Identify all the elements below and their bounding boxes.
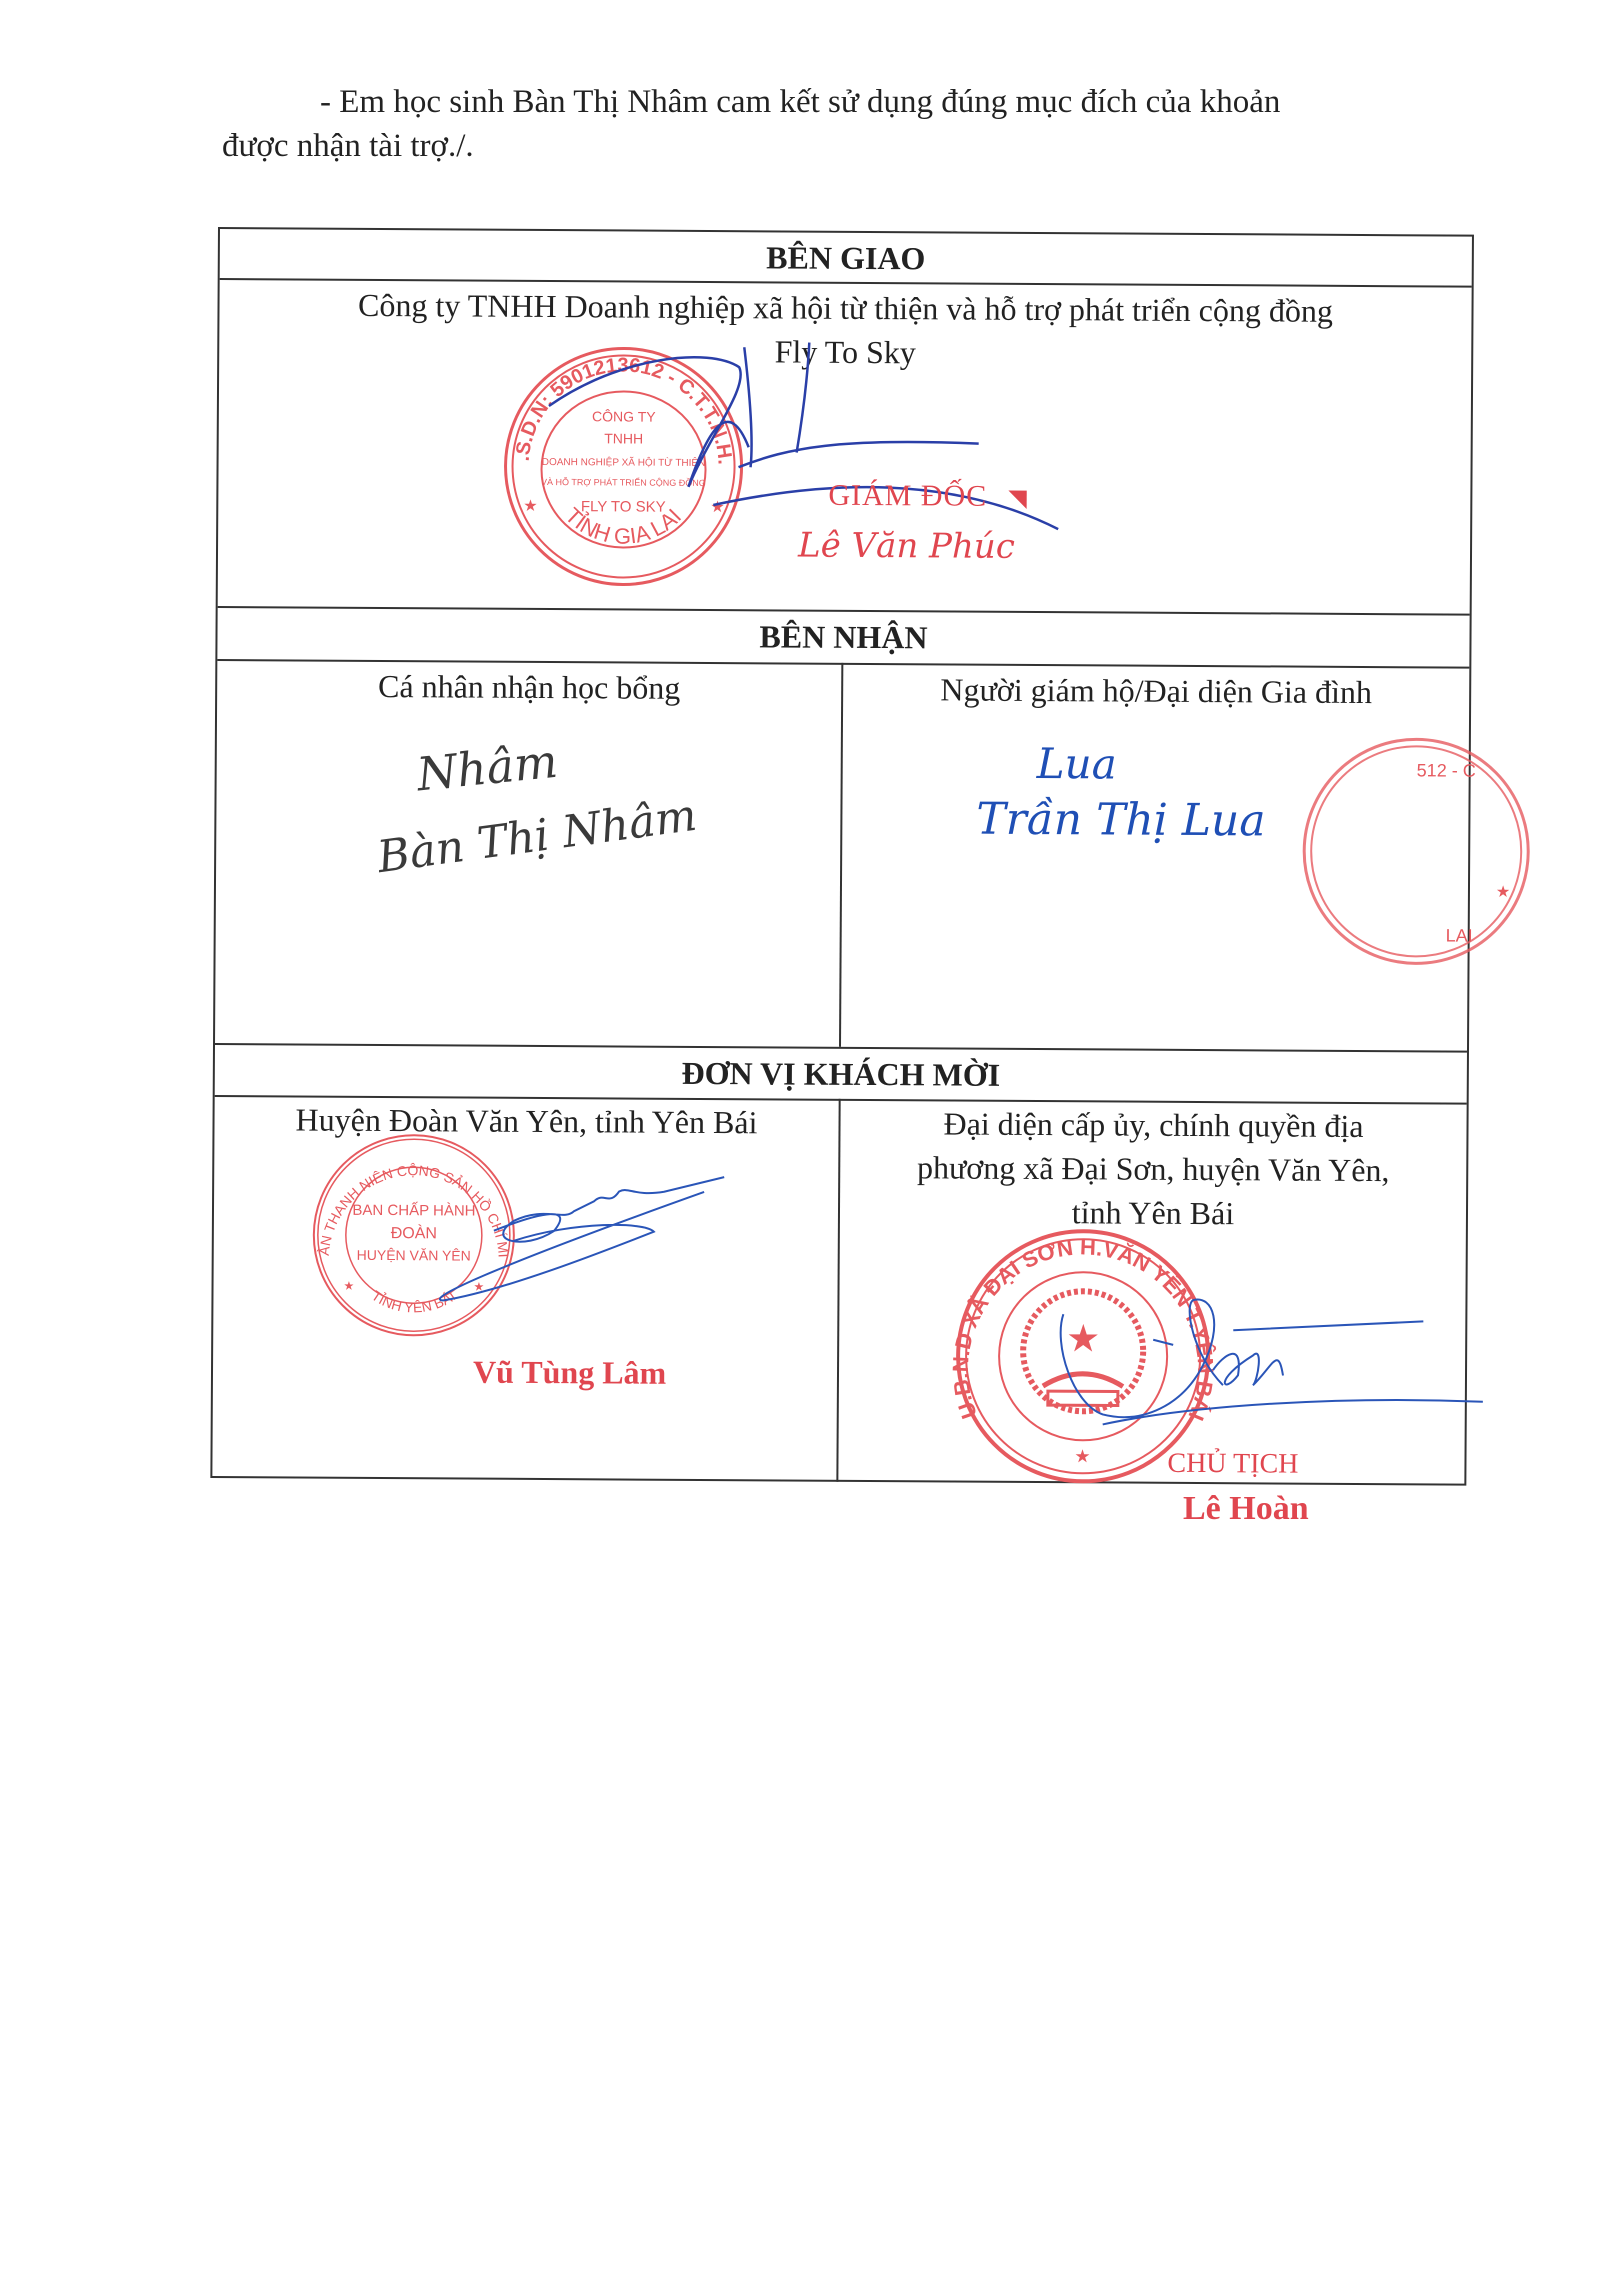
- section-header-khach-moi: ĐƠN VỊ KHÁCH MỜI: [215, 1045, 1467, 1103]
- student-signature: Nhâm: [414, 734, 560, 802]
- svg-text:★: ★: [1496, 884, 1510, 901]
- svg-text:★: ★: [523, 498, 537, 515]
- guardian-handwritten-name: Trần Thị Lua: [976, 794, 1266, 847]
- commune-label-line-2: phương xã Đại Sơn, huyện Văn Yên,: [840, 1145, 1466, 1193]
- youth-union-signer: Vũ Tùng Lâm: [473, 1354, 666, 1392]
- guardian-label: Người giám hộ/Đại diện Gia đình: [843, 667, 1469, 715]
- director-name: Lê Văn Phúc: [798, 526, 1015, 567]
- student-label: Cá nhân nhận học bổng: [217, 663, 841, 711]
- commitment-line-1: - Em học sinh Bàn Thị Nhâm cam kết sử dụ…: [320, 80, 1280, 124]
- commitment-line-2: được nhận tài trợ./.: [222, 124, 474, 168]
- svg-text:512 - C: 512 - C: [1417, 760, 1476, 780]
- commune-signature-icon: [1042, 1284, 1493, 1467]
- youth-union-label: Huyện Đoàn Văn Yên, tỉnh Yên Bái: [214, 1097, 838, 1145]
- signature-table: BÊN GIAO Công ty TNHH Doanh nghiệp xã hộ…: [210, 227, 1474, 1486]
- divider: [839, 663, 843, 1047]
- commune-chairman-title: CHỦ TỊCH: [1167, 1448, 1298, 1481]
- guardian-signature: Lua: [1037, 739, 1117, 788]
- commune-chairman-name: Lê Hoàn: [1183, 1490, 1309, 1528]
- section-header-ben-nhan: BÊN NHẬN: [217, 608, 1469, 667]
- svg-text:LAI: LAI: [1446, 926, 1473, 946]
- student-handwritten-name: Bàn Thị Nhâm: [374, 790, 699, 883]
- director-title: GIÁM ĐỐC: [828, 479, 987, 514]
- company-stamp-partial-icon: 512 - C ★ LAI: [1375, 726, 1527, 977]
- section-header-ben-giao: BÊN GIAO: [220, 229, 1472, 286]
- commune-label-line-1: Đại diện cấp ủy, chính quyền địa: [840, 1101, 1466, 1149]
- youth-union-signature-icon: [403, 1150, 744, 1322]
- company-name-line-1: Công ty TNHH Doanh nghiệp xã hội từ thiệ…: [219, 282, 1471, 334]
- svg-text:★: ★: [343, 1279, 354, 1293]
- director-arrow-icon: ◥: [1008, 484, 1027, 513]
